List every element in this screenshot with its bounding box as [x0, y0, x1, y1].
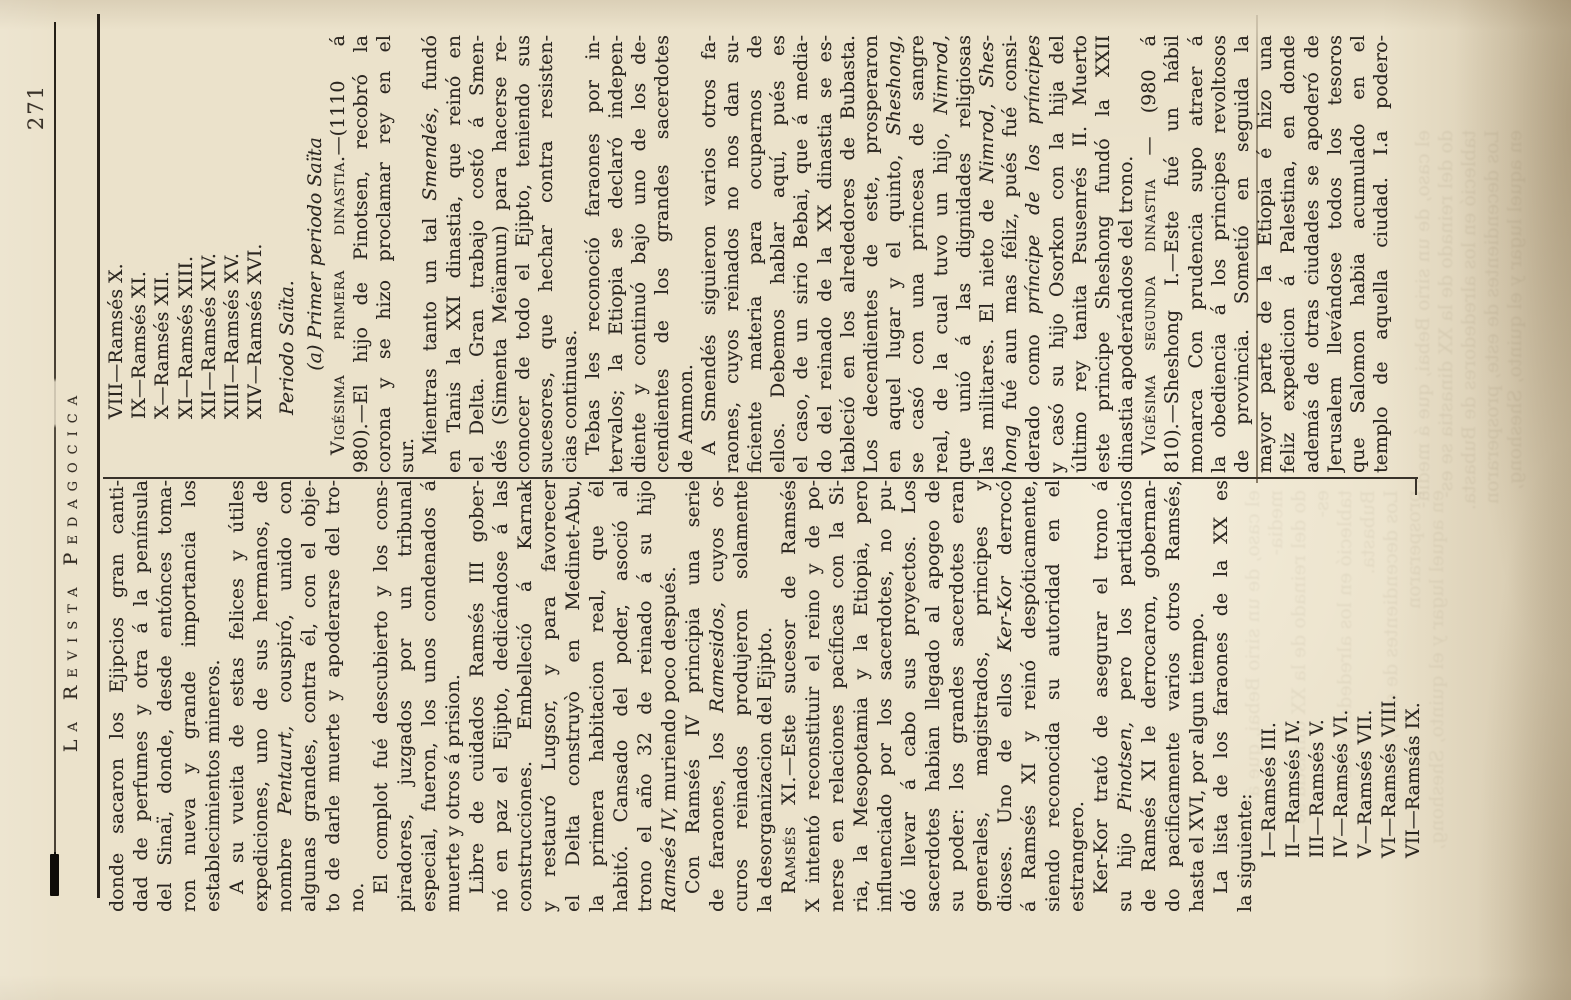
- text-line: algunas grandes, contra él, con el obje-: [297, 480, 321, 912]
- text-line: XI—Ramsés XIII.: [175, 35, 198, 473]
- plain-text: derrocó: [994, 480, 1016, 577]
- text-line: nerse en relaciones pacíficas con la Si-: [825, 480, 849, 912]
- text-line: de faraones, los Ramesidos, cuyos os-: [705, 480, 729, 912]
- text-line: diente y continuó bajo uno de los de-: [628, 35, 651, 473]
- text-line: Ramsés IV, muriendo poco después.: [657, 480, 681, 912]
- header-bottom-rule: [97, 14, 100, 898]
- text-line: to de darle muerte y apoderarse del tro-: [321, 480, 345, 912]
- text-line: generales, magistrados, principes y: [969, 480, 993, 912]
- text-line: nó en paz el Ejipto, dedicándose á las: [489, 480, 513, 912]
- text-line: el Delta construyò en Medinet-Abu,: [561, 480, 585, 912]
- text-line: construcciones. Embelleció á Karnak: [513, 480, 537, 912]
- text-line: y casó su hijo Osorkon con la hija del: [1046, 35, 1069, 473]
- plain-text: muriendo poco después.: [658, 566, 680, 807]
- plain-text: en aquel lugar y el quinto,: [883, 135, 905, 473]
- text-line: las militares. El nieto de Nimrod, Shes-: [976, 35, 999, 473]
- showthrough-ghost-text: el caso, de un sirio Bebai, que á media-…: [1412, 130, 1527, 890]
- italic-text: Ker-Kor: [994, 577, 1016, 652]
- text-line: la obediencia á los principes revoltosos: [1208, 35, 1231, 473]
- text-line: do del reinado de la XX dinastia se es-: [814, 35, 837, 473]
- text-line: se casó con una princesa de sangre: [906, 35, 929, 473]
- text-line: raones, cuyos reinados no nos dan su-: [721, 35, 744, 473]
- italic-text: hong: [999, 425, 1021, 473]
- text-line: III—Ramsés V.: [1305, 480, 1329, 912]
- text-line: establecimientos mineros.: [201, 480, 225, 912]
- text-line: el Delta. Gran trabajo costó á Smen-: [466, 35, 489, 473]
- text-line: A Smendés siguieron varios otros fa-: [698, 35, 721, 473]
- text-line: que Salomon habia acumulado en el: [1347, 35, 1370, 473]
- column-divider-foot: [1415, 477, 1417, 495]
- plain-text: —(1110 á: [327, 35, 349, 155]
- small-caps-text: Vigésima segunda dinastia: [1138, 179, 1160, 455]
- plain-text: couspiró, unido con: [274, 480, 296, 726]
- text-line: X—Ramsés XII.: [151, 35, 174, 473]
- text-line: que unió á las dignidades religiosas: [953, 35, 976, 473]
- text-line: VI—Ramsés VIII.: [1377, 480, 1401, 912]
- text-line: siendo reconocida su autoridad en el: [1041, 480, 1065, 912]
- left-column: donde sacaron los Ejipcios gran canti-da…: [105, 480, 1425, 912]
- page-number: 271: [24, 84, 48, 180]
- italic-text: (a) Primer periodo Saïta: [304, 137, 326, 371]
- text-line: dad de perfumes y otra á la península: [129, 480, 153, 912]
- small-caps-text: Vigésima primera dinastia.: [327, 155, 349, 455]
- plain-text: nombre: [274, 815, 296, 912]
- text-line: dés (Simenta Meïamun) para hacerse re-: [489, 35, 512, 473]
- text-line: donde sacaron los Ejipcios gran canti-: [105, 480, 129, 912]
- column-divider-rule: [103, 477, 1418, 479]
- text-line: trono el año 32 de reinado á su hijo: [633, 480, 657, 912]
- text-line: VIII—Ramsés X.: [105, 35, 128, 473]
- text-line: 810).—Sheshong I.—Este fué un hábil: [1161, 35, 1184, 473]
- plain-text: dioses. Uno de ellos: [994, 651, 1016, 912]
- text-line: Ramsés XI.—Este sucesor de Ramsés: [777, 480, 801, 912]
- text-line: monarca Con prudencia supo atraer á: [1185, 35, 1208, 473]
- right-column: VIII—Ramsés X.IX—Ramsés XI.X—Ramsés XII.…: [105, 35, 1393, 473]
- italic-text: Sheshong,: [883, 35, 905, 135]
- plain-text: —Este sucesor de Ramsés: [778, 480, 800, 776]
- plain-text: cuyos os-: [706, 480, 728, 602]
- text-line: la siguiente:: [1233, 480, 1257, 912]
- text-line: hasta el XVI, por algun tiempo.: [1185, 480, 1209, 912]
- masthead-title: La Revista Pedagocica: [60, 345, 82, 795]
- text-line: Con Ramsés IV principia una serie: [681, 480, 705, 912]
- text-line: XIV—Ramsés XVI.: [244, 35, 267, 473]
- text-line: último rey tanita Psusenrés II. Muerto: [1069, 35, 1092, 473]
- text-line: hong fué aun mas féliz, pués fué consi-: [999, 35, 1022, 473]
- text-line: expediciones, uno de sus hermanos, de: [249, 480, 273, 912]
- text-line: habitó. Cansado del poder, asoció al: [609, 480, 633, 912]
- text-line: Ker-Kor trató de asegurar el trono á: [1089, 480, 1113, 912]
- plain-text: de faraones, los: [706, 713, 728, 912]
- text-line: V—Ramsés VII.: [1353, 480, 1377, 912]
- text-line: Vigésima segunda dinastia — (980 á: [1138, 35, 1161, 473]
- text-line: ria, la Mesopotamia y la Etiopia, pero: [849, 480, 873, 912]
- ink-blob: [50, 854, 59, 896]
- text-line: dinastia apoderándose del trono.: [1115, 35, 1138, 473]
- text-line: IX—Ramsés XI.: [128, 35, 151, 473]
- text-line: influenciado por los sacerdotes, no pu-: [873, 480, 897, 912]
- text-line: de provincia. Sometió en seguida la: [1231, 35, 1254, 473]
- text-line: de Ammon.: [675, 35, 698, 473]
- ghost-line: do del reinado de la XX dinastia se es-: [1435, 130, 1458, 890]
- text-line: cias continuas.: [559, 35, 582, 473]
- italic-text: Pentaurt,: [274, 726, 296, 815]
- italic-text: Periodo Saïta.: [276, 280, 298, 415]
- text-line: Periodo Saïta.: [276, 35, 299, 473]
- text-line: Tebas les reconoció faraones por in-: [582, 35, 605, 473]
- text-line: XII—Ramsés XIV.: [198, 35, 221, 473]
- text-line: en Tanis la XXI dinastia, que reinó en: [443, 35, 466, 473]
- text-line: sucesores, que hechar contra resisten-: [535, 35, 558, 473]
- text-line: nombre Pentaurt, couspiró, unido con: [273, 480, 297, 912]
- ghost-line: en aquel lugar y el quinto, Sheshong,: [1426, 490, 1449, 850]
- plain-text: pero los partidarios: [1114, 480, 1136, 722]
- text-line: A su vueita de estas felices y útiles: [225, 480, 249, 912]
- text-line: do pacificamente varios otros Ramsés,: [1161, 480, 1185, 912]
- text-line: dó llevar á cabo sus proyectos. Los: [897, 480, 921, 912]
- text-line: el caso, de un sirio Bebai, que á media-: [790, 35, 813, 473]
- text-line: sacerdotes habian llegado al apogeo de: [921, 480, 945, 912]
- text-line: tableció en los alrededores de Bubasta.: [837, 35, 860, 473]
- text-line: muerte y otros á prision.: [441, 480, 465, 912]
- text-line: Vigésima primera dinastia.—(1110 á: [327, 35, 350, 473]
- plain-text: fundó: [419, 35, 441, 107]
- text-line: templo de aquella ciudad. I.a podero-: [1370, 35, 1393, 473]
- text-line: Mientras tanto un tal Smendés, fundó: [419, 35, 442, 473]
- italic-text: Ramesidos,: [706, 602, 728, 713]
- plain-text: real, de la cual tuvo un hijo,: [930, 114, 952, 473]
- text-line: de Ramsés XI le derrocaron, gobernan-: [1137, 480, 1161, 912]
- text-line: Libre de cuidados Ramsés III gober-: [465, 480, 489, 912]
- text-line: Los decendientes de este, prosperaron: [860, 35, 883, 473]
- text-line: ron nueva y grande importancia los: [177, 480, 201, 912]
- text-line: estrangero.: [1065, 480, 1089, 912]
- text-line: Jerusalem llevándose todos los tesoros: [1324, 35, 1347, 473]
- text-line: La lista de los faraones de la XX es: [1209, 480, 1233, 912]
- text-line: feliz expedicion á Palestina, en donde: [1277, 35, 1300, 473]
- text-line: XIII—Ramsés XV.: [221, 35, 244, 473]
- text-line: y restauró Lugsor, y para favorecer: [537, 480, 561, 912]
- plain-text: su hijo: [1114, 811, 1136, 912]
- text-line: especial, fueron, los unos condenados á: [417, 480, 441, 912]
- small-caps-text: Ramsés XI.: [778, 776, 800, 894]
- ghost-line: Los decendientes de este, prosperaron: [1481, 130, 1504, 890]
- text-line: en aquel lugar y el quinto, Sheshong,: [883, 35, 906, 473]
- header-top-rule: [54, 22, 56, 896]
- text-line: IV—Ramsés VI.: [1329, 480, 1353, 912]
- text-line: cendientes de los grandes sacerdotes: [651, 35, 674, 473]
- text-line: derado como príncipe de los príncipes: [1022, 35, 1045, 473]
- text-line: real, de la cual tuvo un hijo, Nimrod,: [930, 35, 953, 473]
- text-line: X intentó reconstituir el reino y de po-: [801, 480, 825, 912]
- italic-text: Ramsés IV,: [658, 807, 680, 912]
- text-line: corona y se hizo proclamar rey en el: [373, 35, 396, 473]
- italic-text: Nimrod, Shes-: [976, 35, 998, 183]
- text-line: conocer de todo el Ejipto, teniendo sus: [512, 35, 535, 473]
- ghost-line: tableció en los alrededores de Bubasta.: [1458, 130, 1481, 890]
- plain-text: las militares. El nieto de: [976, 183, 998, 473]
- text-line: además de otras ciudades se apoderó de: [1301, 35, 1324, 473]
- italic-text: Smendés,: [419, 107, 441, 201]
- text-line: del Sinaï, donde, desde entónces toma-: [153, 480, 177, 912]
- text-line: la desorganizacion del Ejipto.: [753, 480, 777, 912]
- plain-text: Mientras tanto un tal: [419, 201, 441, 455]
- paper-crease-line: [1256, 15, 1258, 483]
- plain-text: fué aun mas féliz, pués fué consi-: [999, 35, 1021, 425]
- text-line: 980).—El hijo de Pinotsen, recobró la: [350, 35, 373, 473]
- text-line: ellos. Debemos hablar aquí, pués es: [767, 35, 790, 473]
- journal-page: 271 La Revista Pedagocica donde sacaron …: [0, 0, 1571, 1000]
- text-line: la primera habitacion real, que él: [585, 480, 609, 912]
- italic-text: príncipe de los príncipes: [1022, 35, 1044, 314]
- ghost-line: en aquel lugar y el quinto, Sheshong,: [1504, 130, 1527, 890]
- text-line: dioses. Uno de ellos Ker-Kor derrocó: [993, 480, 1017, 912]
- text-line: sur.: [396, 35, 419, 473]
- text-line: á Ramsés XI y reinó despóticamente,: [1017, 480, 1041, 912]
- plain-text: — (980 á: [1138, 35, 1160, 179]
- text-line: su poder: los grandes sacerdotes eran: [945, 480, 969, 912]
- text-line: VII—Ramsás IX.: [1401, 480, 1425, 912]
- text-line: El complot fué descubierto y los cons-: [369, 480, 393, 912]
- text-line: I—Ramsés III.: [1257, 480, 1281, 912]
- text-line: no.: [345, 480, 369, 912]
- text-line: piradores, juzgados por un tribunal: [393, 480, 417, 912]
- scanned-page-canvas: 271 La Revista Pedagocica donde sacaron …: [0, 0, 1571, 1000]
- text-line: este principe Sheshong fundó la XXII: [1092, 35, 1115, 473]
- italic-text: Nimrod,: [930, 35, 952, 114]
- text-line: II—Ramsés IV.: [1281, 480, 1305, 912]
- text-line: ficiente materia para ocuparnos de: [744, 35, 767, 473]
- text-line: curos reinados produjeron solamente: [729, 480, 753, 912]
- italic-text: Pinotsen,: [1114, 722, 1136, 811]
- text-line: tervalos; la Etiopia se declaró indepen-: [605, 35, 628, 473]
- plain-text: derado como: [1022, 314, 1044, 473]
- text-line: (a) Primer periodo Saïta: [304, 35, 327, 473]
- text-line: su hijo Pinotsen, pero los partidarios: [1113, 480, 1137, 912]
